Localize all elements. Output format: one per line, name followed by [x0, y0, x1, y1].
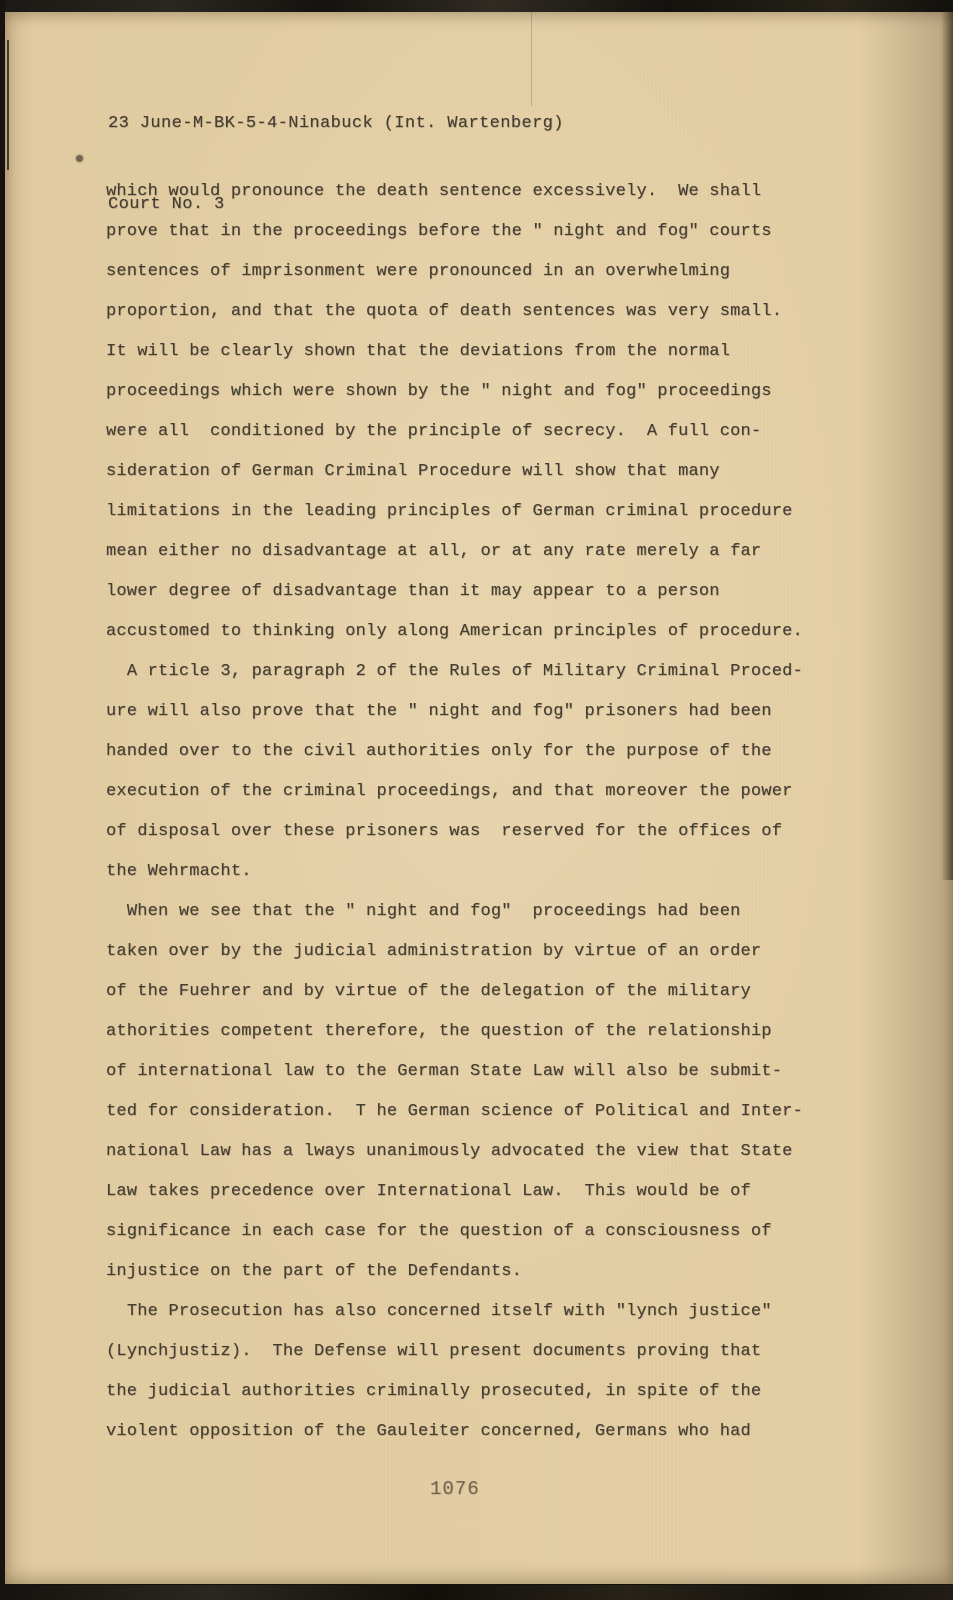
body-line: sentences of imprisonment were pronounce…	[106, 252, 896, 292]
body-line: proportion, and that the quota of death …	[106, 292, 896, 332]
body-line: athorities competent therefore, the ques…	[106, 1012, 896, 1052]
body-line: of disposal over these prisoners was res…	[106, 812, 896, 852]
scan-edge-left-line	[7, 40, 9, 170]
body-line: the Wehrmacht.	[106, 852, 896, 892]
body-line: the judicial authorities criminally pros…	[106, 1372, 896, 1412]
body-line: A rticle 3, paragraph 2 of the Rules of …	[106, 652, 896, 692]
header-docket-line: 23 June-M-BK-5-4-Ninabuck (Int. Wartenbe…	[108, 110, 564, 137]
scan-edge-bottom	[0, 1585, 953, 1600]
body-line: prove that in the proceedings before the…	[106, 212, 896, 252]
body-line: proceedings which were shown by the " ni…	[106, 372, 896, 412]
scanned-page: 23 June-M-BK-5-4-Ninabuck (Int. Wartenbe…	[0, 0, 953, 1600]
body-line: which would pronounce the death sentence…	[106, 172, 896, 212]
body-line: ted for consideration. T he German scien…	[106, 1092, 896, 1132]
scan-edge-left	[0, 0, 5, 1600]
body-line: Law takes precedence over International …	[106, 1172, 896, 1212]
body-line: When we see that the " night and fog" pr…	[106, 892, 896, 932]
body-line: (Lynchjustiz). The Defense will present …	[106, 1332, 896, 1372]
body-line: mean either no disadvantage at all, or a…	[106, 532, 896, 572]
body-line: The Prosecution has also concerned itsel…	[106, 1292, 896, 1332]
ink-speck	[76, 155, 83, 162]
body-line: of international law to the German State…	[106, 1052, 896, 1092]
body-line: of the Fuehrer and by virtue of the dele…	[106, 972, 896, 1012]
body-line: execution of the criminal proceedings, a…	[106, 772, 896, 812]
body-line: significance in each case for the questi…	[106, 1212, 896, 1252]
document-body: which would pronounce the death sentence…	[106, 172, 896, 1452]
body-line: ure will also prove that the " night and…	[106, 692, 896, 732]
body-line: limitations in the leading principles of…	[106, 492, 896, 532]
body-line: violent opposition of the Gauleiter conc…	[106, 1412, 896, 1452]
body-line: taken over by the judicial administratio…	[106, 932, 896, 972]
body-line: handed over to the civil authorities onl…	[106, 732, 896, 772]
page-number: 1076	[430, 1478, 480, 1500]
body-line: national Law has a lways unanimously adv…	[106, 1132, 896, 1172]
body-line: injustice on the part of the Defendants.	[106, 1252, 896, 1292]
body-line: sideration of German Criminal Procedure …	[106, 452, 896, 492]
body-line: lower degree of disadvantage than it may…	[106, 572, 896, 612]
scan-edge-top	[0, 0, 953, 12]
body-line: accustomed to thinking only along Americ…	[106, 612, 896, 652]
body-line: were all conditioned by the principle of…	[106, 412, 896, 452]
scan-edge-right-shadow	[941, 0, 953, 880]
body-line: It will be clearly shown that the deviat…	[106, 332, 896, 372]
